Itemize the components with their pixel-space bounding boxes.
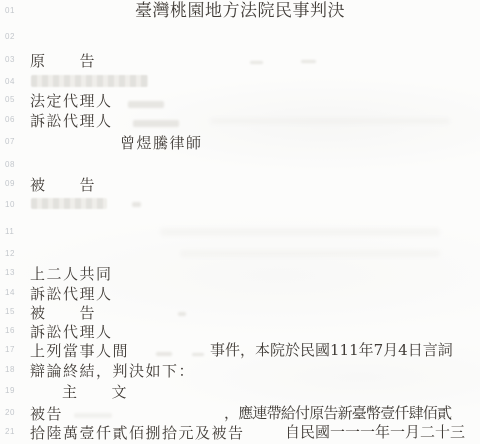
judgment-title: 臺灣桃園地方法院民事判決 <box>0 2 480 21</box>
redaction-smudge <box>301 60 316 63</box>
plaintiff-row: 03 原 告 <box>0 51 480 70</box>
line-number: 13 <box>5 268 15 277</box>
joint-prefix-row: 13 上二人共同 <box>0 264 480 283</box>
case-intro-cont: 辯論終結，判決如下： <box>30 362 195 380</box>
redaction-smudge <box>156 352 172 356</box>
line-number: 10 <box>5 200 15 209</box>
blank-row: 08 <box>0 156 480 175</box>
line-number: 07 <box>5 137 15 146</box>
defendant2-counsel-row: 16 訴訟代理人 <box>0 322 480 341</box>
defendant2-counsel-label: 訴訟代理人 <box>30 323 113 341</box>
judgment-line1-row: 20 被告 ，應連帶給付原告新臺幣壹仟肆佰貳 <box>0 404 480 423</box>
line-number: 09 <box>5 179 15 188</box>
line-number: 21 <box>5 427 15 436</box>
judgment-line1-left: 被告 <box>30 405 63 423</box>
scan-noise <box>180 250 440 257</box>
line-number: 15 <box>5 307 15 316</box>
redaction-blur-plaintiff-name <box>31 75 148 87</box>
redaction-smudge <box>178 312 186 316</box>
judgment-line2-right: 自民國一一一年一月二十三 <box>285 423 465 441</box>
defendant1-label: 被 告 <box>30 176 96 194</box>
attorney-row: 07 曾煜騰律師 <box>0 133 480 152</box>
legal-rep-row: 05 法定代理人 <box>0 91 480 110</box>
line-number: 20 <box>5 408 15 417</box>
line-number: 02 <box>5 32 15 41</box>
line-number: 18 <box>5 365 15 374</box>
case-intro-right: 事件，本院於民國111年7月4日言詞 <box>210 341 453 359</box>
line-number: 19 <box>5 386 15 395</box>
redaction-smudge <box>128 101 164 108</box>
line-number: 05 <box>5 95 15 104</box>
main-text-heading-row: 19 主 文 <box>0 382 480 401</box>
case-intro-row: 17 上列當事人間 事件，本院於民國111年7月4日言詞 <box>0 341 480 360</box>
redaction-smudge <box>250 61 263 64</box>
judgment-line2-row: 21 拾陸萬壹仟貳佰捌拾元及被告 自民國一一一年一月二十三 <box>0 423 480 442</box>
line-number: 08 <box>5 160 15 169</box>
case-intro-left: 上列當事人間 <box>30 342 129 360</box>
case-intro-cont-row: 18 辯論終結，判決如下： <box>0 361 480 380</box>
joint-prefix-label: 上二人共同 <box>30 265 113 283</box>
blank-row: 02 <box>0 28 480 47</box>
plaintiff-counsel-label: 訴訟代理人 <box>30 112 113 130</box>
redaction-smudge <box>133 120 179 127</box>
joint-counsel-row: 14 訴訟代理人 <box>0 284 480 303</box>
line-number: 16 <box>5 326 15 335</box>
court-judgment-page: 01 臺灣桃園地方法院民事判決 02 03 原 告 04 05 法定代理人 06… <box>0 0 480 444</box>
scan-noise <box>160 228 440 236</box>
line-number: 01 <box>5 6 15 15</box>
joint-counsel-label: 訴訟代理人 <box>30 285 113 303</box>
defendant-row: 09 被 告 <box>0 175 480 194</box>
line-number: 12 <box>5 249 15 258</box>
redaction-blur-defendant-name <box>31 198 107 209</box>
redaction-smudge <box>192 353 204 356</box>
redaction-smudge <box>132 202 141 207</box>
line-number: 04 <box>5 77 15 86</box>
line-number: 11 <box>5 227 14 236</box>
defendant2-row: 15 被 告 <box>0 303 480 322</box>
main-text-heading: 主 文 <box>62 383 128 401</box>
line-number: 06 <box>5 115 15 124</box>
line-number: 03 <box>5 55 15 64</box>
defendant2-label: 被 告 <box>30 304 96 322</box>
line-number: 17 <box>5 345 15 354</box>
line-number: 14 <box>5 288 15 297</box>
plaintiff-attorney-name: 曾煜騰律師 <box>120 134 203 152</box>
redaction-smudge <box>74 413 112 418</box>
judgment-line2-left: 拾陸萬壹仟貳佰捌拾元及被告 <box>30 424 245 442</box>
plaintiff-label: 原 告 <box>30 52 96 70</box>
judgment-line1-right: ，應連帶給付原告新臺幣壹仟肆佰貳 <box>224 404 451 422</box>
title-row: 01 臺灣桃園地方法院民事判決 <box>0 2 480 21</box>
legal-rep-label: 法定代理人 <box>30 92 113 110</box>
scan-noise <box>210 118 450 124</box>
